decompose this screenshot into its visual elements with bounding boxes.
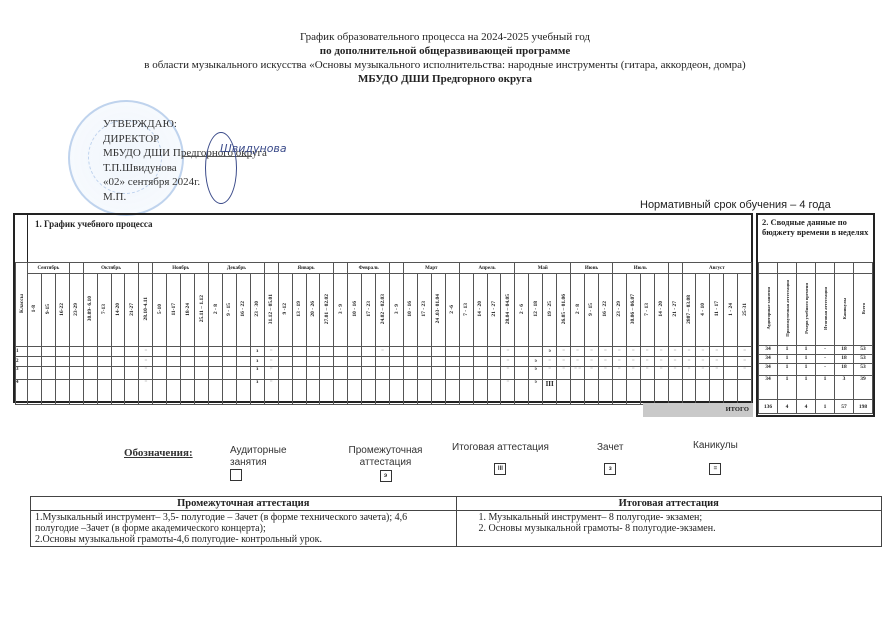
- class-row: 2=з==э==============: [16, 357, 752, 367]
- month-header: [264, 263, 278, 274]
- week-cell: э: [529, 367, 543, 380]
- summary-value: 1: [797, 355, 816, 364]
- week-header: 2 - 8: [571, 274, 585, 347]
- week-cell: =: [543, 367, 557, 380]
- week-cell: [320, 380, 334, 405]
- week-header: 27.01 – 02.02: [320, 274, 334, 347]
- summary-total: 136: [759, 400, 778, 414]
- week-cell: [445, 367, 459, 380]
- week-cell: [28, 357, 42, 367]
- week-cell: [585, 380, 599, 405]
- week-cell: [125, 357, 139, 367]
- week-cell: [69, 367, 83, 380]
- week-cell: [278, 380, 292, 405]
- week-cell: =: [598, 347, 612, 357]
- week-cell: [55, 357, 69, 367]
- week-cell: [334, 357, 348, 367]
- week-header: 18-24: [181, 274, 195, 347]
- week-cell: [306, 367, 320, 380]
- summary-value: 18: [835, 355, 854, 364]
- legend-box-final: III: [494, 463, 506, 475]
- final-attestation-text: Музыкальный инструмент– 8 полугодие- экз…: [456, 511, 882, 547]
- week-header: 1 - 24: [724, 274, 738, 347]
- month-header: [390, 263, 404, 274]
- week-header: 21-27: [125, 274, 139, 347]
- week-cell: [306, 357, 320, 367]
- week-cell: [724, 367, 738, 380]
- summary-total: 198: [854, 400, 873, 414]
- week-cell: [417, 367, 431, 380]
- week-header: 30.06 – 06.07: [626, 274, 640, 347]
- week-cell: [362, 367, 376, 380]
- class-row: 1=з===э=============: [16, 347, 752, 357]
- week-header: 16 - 22: [236, 274, 250, 347]
- week-cell: =: [557, 357, 571, 367]
- week-header: 26.05 – 01.06: [557, 274, 571, 347]
- summary-value: 34: [759, 364, 778, 376]
- week-cell: [473, 347, 487, 357]
- summary-value: 18: [835, 346, 854, 355]
- week-cell: =: [598, 367, 612, 380]
- week-cell: [125, 367, 139, 380]
- week-cell: [222, 347, 236, 357]
- week-cell: [209, 380, 223, 405]
- week-cell: [111, 357, 125, 367]
- week-cell: [222, 357, 236, 367]
- week-cell: =: [264, 367, 278, 380]
- final-attestation-title: Итоговая аттестация: [456, 497, 882, 511]
- week-cell: [181, 367, 195, 380]
- week-cell: [390, 357, 404, 367]
- week-cell: [41, 380, 55, 405]
- week-cell: [83, 367, 97, 380]
- summary-value: 1: [797, 346, 816, 355]
- week-cell: [195, 380, 209, 405]
- month-header: [69, 263, 83, 274]
- week-cell: [320, 347, 334, 357]
- week-header: 21 - 27: [668, 274, 682, 347]
- week-header: 9 - 15: [585, 274, 599, 347]
- week-cell: [390, 347, 404, 357]
- week-cell: =: [710, 357, 724, 367]
- week-cell: [111, 347, 125, 357]
- week-header: 1-8: [28, 274, 42, 347]
- week-cell: =: [612, 367, 626, 380]
- week-cell: [362, 357, 376, 367]
- month-header: Апрель: [459, 263, 515, 274]
- week-cell: [111, 380, 125, 405]
- week-cell: [515, 347, 529, 357]
- month-header: [668, 263, 682, 274]
- week-cell: [97, 347, 111, 357]
- week-cell: =: [668, 367, 682, 380]
- summary-value: 1: [778, 355, 797, 364]
- month-header: Ноябрь: [153, 263, 209, 274]
- week-cell: [97, 357, 111, 367]
- summary-header: Итоговая аттестация: [816, 274, 835, 346]
- summary-box: 2. Сводные данные по бюджету времени в н…: [756, 213, 875, 417]
- week-cell: з: [250, 367, 264, 380]
- week-header: 12 - 18: [529, 274, 543, 347]
- schedule-frame: 1. График учебного процесса КлассыСентяб…: [13, 213, 875, 417]
- week-cell: [195, 357, 209, 367]
- week-cell: [431, 357, 445, 367]
- summary-value: -: [816, 355, 835, 364]
- week-cell: [710, 380, 724, 405]
- week-cell: =: [139, 357, 153, 367]
- week-cell: =: [640, 357, 654, 367]
- document-header: График образовательного процесса на 2024…: [0, 30, 890, 86]
- approval-name: Т.П.Швидунова: [103, 161, 267, 176]
- week-cell: =: [640, 347, 654, 357]
- week-header: 23 - 30: [250, 274, 264, 347]
- week-cell: [167, 367, 181, 380]
- week-cell: [55, 347, 69, 357]
- summary-value: 1: [778, 376, 797, 400]
- summary-total: 57: [835, 400, 854, 414]
- legend-box-holidays: =: [709, 463, 721, 475]
- week-cell: [195, 347, 209, 357]
- header-area: в области музыкального искусства «Основы…: [0, 58, 890, 72]
- week-cell: =: [571, 357, 585, 367]
- week-cell: [153, 380, 167, 405]
- normative-term: Нормативный срок обучения – 4 года: [640, 199, 831, 211]
- summary-header: Каникулы: [835, 274, 854, 346]
- summary-value: 34: [759, 376, 778, 400]
- summary-header: Всего: [854, 274, 873, 346]
- week-cell: III: [543, 380, 557, 405]
- week-cell: [459, 347, 473, 357]
- week-header: 25-31: [738, 274, 752, 347]
- week-cell: [153, 347, 167, 357]
- week-cell: [403, 380, 417, 405]
- week-cell: [403, 347, 417, 357]
- summary-total: 1: [816, 400, 835, 414]
- week-header: 24.02 – 02.03: [376, 274, 390, 347]
- week-cell: [83, 347, 97, 357]
- week-cell: [473, 367, 487, 380]
- week-cell: [459, 367, 473, 380]
- week-cell: [445, 347, 459, 357]
- week-cell: =: [738, 347, 752, 357]
- attestation-table: Промежуточная аттестация Итоговая аттест…: [30, 496, 882, 547]
- week-header: 2 - 6: [515, 274, 529, 347]
- week-cell: =: [710, 347, 724, 357]
- week-cell: [668, 380, 682, 405]
- week-cell: [403, 357, 417, 367]
- legend-intermediate: Промежуточная аттестация э: [348, 445, 423, 482]
- week-header: 2 -6: [445, 274, 459, 347]
- week-cell: =: [543, 357, 557, 367]
- week-cell: =: [598, 357, 612, 367]
- week-cell: [334, 380, 348, 405]
- week-cell: [682, 380, 696, 405]
- week-cell: =: [612, 357, 626, 367]
- month-header: Сентябрь: [28, 263, 70, 274]
- week-header: 21 - 27: [487, 274, 501, 347]
- week-cell: =: [571, 347, 585, 357]
- week-cell: [292, 380, 306, 405]
- week-header: 4 - 10: [696, 274, 710, 347]
- week-cell: [445, 380, 459, 405]
- week-header: 14 - 20: [473, 274, 487, 347]
- week-header: 23-29: [69, 274, 83, 347]
- week-cell: =: [626, 347, 640, 357]
- week-header: 24 .03- 01.04: [431, 274, 445, 347]
- week-cell: [459, 380, 473, 405]
- week-cell: =: [139, 380, 153, 405]
- week-header: 16 - 22: [598, 274, 612, 347]
- week-cell: [431, 380, 445, 405]
- legend-auditory: Аудиторные занятия: [230, 445, 310, 485]
- summary-value: 53: [854, 346, 873, 355]
- week-cell: [181, 380, 195, 405]
- week-cell: [28, 367, 42, 380]
- week-header: 17 - 23: [417, 274, 431, 347]
- week-cell: =: [682, 347, 696, 357]
- week-cell: [571, 380, 585, 405]
- month-header: Январь: [278, 263, 334, 274]
- week-cell: [111, 367, 125, 380]
- week-header: 19 - 25: [543, 274, 557, 347]
- week-header: 11-17: [167, 274, 181, 347]
- week-cell: [445, 357, 459, 367]
- week-header: 3 - 9: [390, 274, 404, 347]
- week-cell: [306, 347, 320, 357]
- week-cell: [431, 347, 445, 357]
- week-cell: э: [529, 380, 543, 405]
- week-cell: [557, 380, 571, 405]
- total-label: ИТОГО: [643, 403, 753, 417]
- week-cell: [41, 367, 55, 380]
- week-header: 9 - 15: [222, 274, 236, 347]
- week-cell: [417, 357, 431, 367]
- week-cell: [390, 380, 404, 405]
- week-cell: [334, 367, 348, 380]
- week-cell: [97, 380, 111, 405]
- week-cell: =: [501, 347, 515, 357]
- week-cell: [209, 367, 223, 380]
- week-cell: =: [654, 367, 668, 380]
- week-header: 3 - 9: [334, 274, 348, 347]
- week-cell: =: [626, 367, 640, 380]
- week-cell: =: [557, 367, 571, 380]
- week-cell: [515, 367, 529, 380]
- class-number: 1: [16, 347, 28, 357]
- week-header: 13 - 19: [292, 274, 306, 347]
- month-header: [334, 263, 348, 274]
- signature: Швидунова: [220, 142, 287, 155]
- week-cell: [69, 357, 83, 367]
- week-cell: [69, 380, 83, 405]
- week-cell: [487, 347, 501, 357]
- summary-value: 39: [854, 376, 873, 400]
- summary-value: 1: [816, 376, 835, 400]
- week-cell: [167, 380, 181, 405]
- month-header: Март: [403, 263, 459, 274]
- week-cell: [222, 380, 236, 405]
- week-header: 9 -12: [278, 274, 292, 347]
- week-header: 2807 – 03.08: [682, 274, 696, 347]
- summary-value: -: [816, 364, 835, 376]
- legend-credit: Зачет з: [597, 442, 623, 475]
- week-cell: [515, 357, 529, 367]
- week-header: 10 - 16: [403, 274, 417, 347]
- week-cell: =: [738, 357, 752, 367]
- week-cell: =: [557, 347, 571, 357]
- class-row: 3=з==э=== ============: [16, 367, 752, 380]
- week-cell: [348, 380, 362, 405]
- month-header: Май: [515, 263, 571, 274]
- week-cell: =: [654, 347, 668, 357]
- week-cell: [209, 347, 223, 357]
- week-cell: э: [529, 357, 543, 367]
- week-cell: [473, 380, 487, 405]
- week-cell: =: [585, 347, 599, 357]
- week-cell: =: [501, 380, 515, 405]
- summary-value: 1: [797, 364, 816, 376]
- approval-mp: М.П.: [103, 190, 267, 205]
- week-header: 14-20: [111, 274, 125, 347]
- week-cell: =: [585, 367, 599, 380]
- legend-holidays: Каникулы =: [693, 440, 738, 475]
- week-cell: =: [710, 367, 724, 380]
- week-cell: =: [501, 367, 515, 380]
- classes-header: Классы: [16, 263, 28, 347]
- week-cell: [487, 357, 501, 367]
- week-cell: [41, 347, 55, 357]
- week-header: 31.12 – 05.01: [264, 274, 278, 347]
- header-title: График образовательного процесса на 2024…: [0, 30, 890, 44]
- legend-title: Обозначения:: [124, 447, 193, 459]
- week-cell: [278, 347, 292, 357]
- week-cell: [278, 367, 292, 380]
- week-cell: [612, 380, 626, 405]
- week-cell: [348, 367, 362, 380]
- week-cell: =: [376, 347, 390, 357]
- section1-title: 1. График учебного процесса: [35, 219, 152, 229]
- week-cell: =: [738, 367, 752, 380]
- month-header: Июль: [612, 263, 668, 274]
- week-header: 9-15: [41, 274, 55, 347]
- approval-block: УТВЕРЖДАЮ: ДИРЕКТОР МБУДО ДШИ Предгорног…: [103, 117, 267, 204]
- month-header: [139, 263, 153, 274]
- header-school: МБУДО ДШИ Предгорного округа: [0, 72, 890, 86]
- week-cell: [28, 380, 42, 405]
- week-cell: [55, 367, 69, 380]
- week-cell: [696, 380, 710, 405]
- week-cell: [362, 347, 376, 357]
- summary-value: 34: [759, 346, 778, 355]
- legend-box-credit: з: [604, 463, 616, 475]
- week-cell: [376, 380, 390, 405]
- week-header: 25.11 – 1.12: [195, 274, 209, 347]
- week-cell: [83, 357, 97, 367]
- class-number: 4: [16, 380, 28, 405]
- week-header: 28.10-4.11: [139, 274, 153, 347]
- week-cell: [348, 347, 362, 357]
- week-cell: [487, 367, 501, 380]
- week-header: 7-13: [97, 274, 111, 347]
- week-cell: э: [543, 347, 557, 357]
- week-cell: [724, 380, 738, 405]
- week-cell: =: [682, 357, 696, 367]
- week-cell: [306, 380, 320, 405]
- legend-box-intermediate: э: [380, 470, 392, 482]
- summary-value: 34: [759, 355, 778, 364]
- week-cell: [181, 347, 195, 357]
- section2-title: 2. Сводные данные по бюджету времени в н…: [762, 217, 873, 237]
- week-cell: [222, 367, 236, 380]
- week-cell: [515, 380, 529, 405]
- summary-total: 4: [797, 400, 816, 414]
- schedule-grid: КлассыСентябрьОктябрьНоябрьДекабрьЯнварь…: [15, 262, 752, 405]
- week-cell: [334, 347, 348, 357]
- week-cell: [529, 347, 543, 357]
- week-cell: [348, 357, 362, 367]
- week-cell: [738, 380, 752, 405]
- week-cell: [403, 367, 417, 380]
- week-cell: =: [264, 380, 278, 405]
- week-cell: =: [654, 357, 668, 367]
- summary-value: 1: [778, 364, 797, 376]
- legend-final: Итоговая аттестация III: [452, 442, 549, 475]
- intermediate-attestation-text: 1.Музыкальный инструмент– 3,5- полугодие…: [31, 511, 457, 547]
- week-cell: [125, 380, 139, 405]
- intermediate-attestation-title: Промежуточная аттестация: [31, 497, 457, 511]
- week-cell: [292, 357, 306, 367]
- summary-value: 53: [854, 364, 873, 376]
- summary-header: Промежуточная аттестация: [778, 274, 797, 346]
- week-header: 23 - 29: [612, 274, 626, 347]
- week-cell: [320, 357, 334, 367]
- week-header: 20 - 26: [306, 274, 320, 347]
- week-header: 30.09- 6.10: [83, 274, 97, 347]
- week-cell: [431, 367, 445, 380]
- week-cell: =: [668, 357, 682, 367]
- week-cell: [41, 357, 55, 367]
- week-cell: =: [264, 347, 278, 357]
- week-cell: =: [696, 357, 710, 367]
- legend-box-auditory: [230, 469, 242, 481]
- week-cell: =: [612, 347, 626, 357]
- week-header: 10 - 16: [348, 274, 362, 347]
- week-cell: [320, 367, 334, 380]
- week-cell: [626, 380, 640, 405]
- week-cell: =: [139, 347, 153, 357]
- week-cell: = =: [571, 367, 585, 380]
- week-cell: з: [250, 380, 264, 405]
- summary-header: Аудиторные занятия: [759, 274, 778, 346]
- schedule-box: 1. График учебного процесса КлассыСентяб…: [13, 213, 753, 403]
- week-header: 7 - 13: [459, 274, 473, 347]
- week-cell: =: [640, 367, 654, 380]
- week-cell: [236, 367, 250, 380]
- week-cell: =: [696, 367, 710, 380]
- week-cell: [97, 367, 111, 380]
- week-cell: [181, 357, 195, 367]
- week-header: 16-22: [55, 274, 69, 347]
- week-header: 2 - 8: [209, 274, 223, 347]
- week-cell: [376, 367, 390, 380]
- summary-value: 53: [854, 355, 873, 364]
- week-cell: з: [250, 347, 264, 357]
- week-cell: [292, 367, 306, 380]
- week-cell: [640, 380, 654, 405]
- summary-total: 4: [778, 400, 797, 414]
- week-cell: [28, 347, 42, 357]
- summary-value: -: [816, 346, 835, 355]
